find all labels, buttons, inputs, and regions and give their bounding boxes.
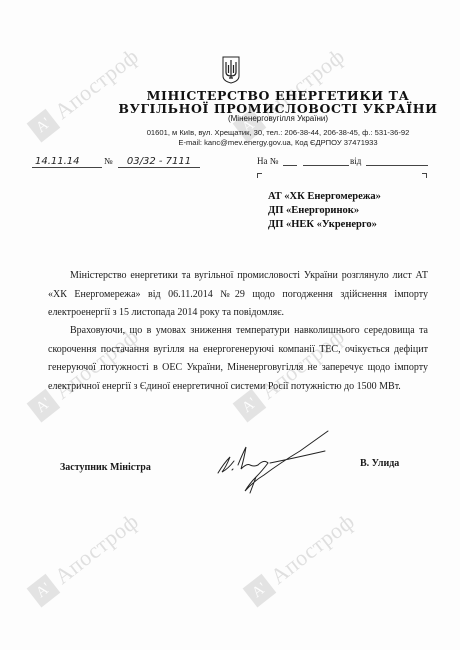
handwritten-signature bbox=[210, 425, 340, 505]
signatory-name: В. Улида bbox=[360, 458, 399, 469]
address-corner-right bbox=[422, 173, 427, 178]
apostrophe-logo-icon: A' bbox=[243, 574, 277, 608]
ministry-short-name: (Міненерговугілля України) bbox=[48, 114, 460, 123]
reply-from-label: від bbox=[350, 156, 361, 166]
watermark-text: Апостроф bbox=[50, 508, 144, 590]
outgoing-date: 14.11.14 bbox=[32, 156, 102, 168]
reply-number-field-2 bbox=[303, 165, 349, 166]
watermark-text: Апостроф bbox=[266, 508, 360, 590]
body-paragraph-2: Враховуючи, що в умовах зниження темпера… bbox=[48, 322, 428, 396]
apostrophe-logo-icon: A' bbox=[27, 574, 61, 608]
ministry-address: 01601, м Київ, вул. Хрещатик, 30, тел.: … bbox=[48, 128, 460, 137]
addressee: ДП «Енергоринок» bbox=[268, 204, 381, 218]
reply-from-field bbox=[366, 165, 428, 166]
signatory-role: Заступник Міністра bbox=[60, 462, 151, 473]
watermark: A'Апостроф bbox=[242, 508, 360, 608]
reply-number-label: На № bbox=[257, 156, 278, 166]
outgoing-number-label: № bbox=[104, 156, 113, 166]
ukraine-trident-icon bbox=[222, 56, 240, 84]
addressee: ДП «НЕК «Укренерго» bbox=[268, 218, 381, 232]
outgoing-number: 03/32 - 7111 bbox=[118, 156, 200, 168]
addressee: АТ «ХК Енергомережа» bbox=[268, 190, 381, 204]
ministry-contacts: E-mail: kanc@mev.energy.gov.ua, Код ЄДРП… bbox=[48, 138, 460, 147]
body-paragraph-1: Міністерство енергетики та вугільної про… bbox=[48, 267, 428, 323]
document-page: A'АпострофA'АпострофA'АпострофA'Апостроф… bbox=[0, 0, 460, 650]
reply-number-field bbox=[283, 165, 297, 166]
address-corner-left bbox=[257, 173, 262, 178]
addressee-block: АТ «ХК Енергомережа» ДП «Енергоринок» ДП… bbox=[268, 190, 381, 232]
watermark: A'Апостроф bbox=[26, 508, 144, 608]
